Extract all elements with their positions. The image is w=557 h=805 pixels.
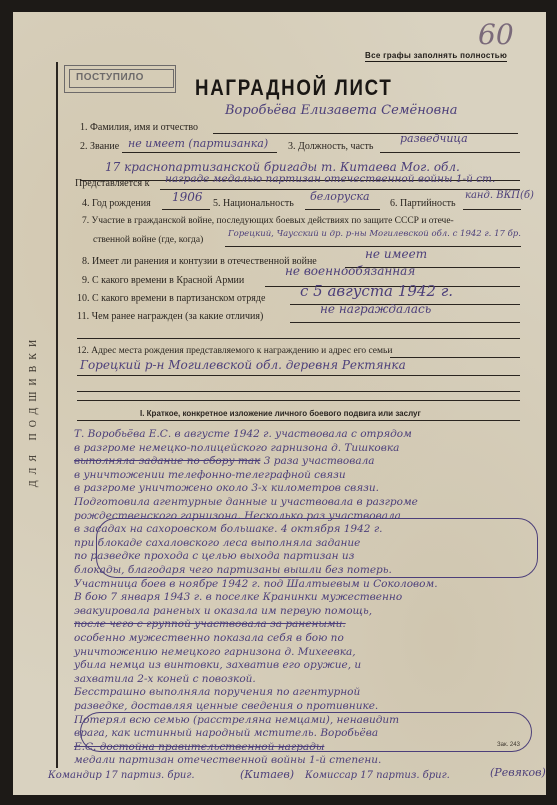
field-4-line bbox=[162, 209, 210, 210]
narrative-line: разведке, доставляя ценные сведения о пр… bbox=[74, 700, 378, 712]
field-3-value: разведчица bbox=[400, 132, 468, 145]
narrative-line: особенно мужественно показала себя в бою… bbox=[74, 632, 344, 644]
commissar-title: Комиссар 17 партиз. бриг. bbox=[305, 770, 450, 781]
represented-value: награде медалью партизан отечественной в… bbox=[165, 173, 495, 185]
narrative-line: Т. Воробьёва Е.С. в августе 1942 г. учас… bbox=[74, 428, 412, 440]
narrative-line: В бою 7 января 1943 г. в поселке Кранинк… bbox=[74, 591, 402, 603]
narrative-line: Подготовила агентурные данные и участвов… bbox=[74, 496, 418, 508]
section-heading: I. Краткое, конкретное изложение личного… bbox=[140, 409, 421, 418]
field-9-label: 9. С какого времени в Красной Армии bbox=[82, 275, 244, 286]
commissar-name: (Ревяков) bbox=[490, 766, 546, 779]
field-2-label: 2. Звание bbox=[80, 141, 119, 152]
narrative-line: Бесстрашно выполняла поручения по агенту… bbox=[74, 686, 360, 698]
field-1-value: Воробьёва Елизавета Семёновна bbox=[225, 103, 458, 118]
field-8-value: не имеет bbox=[365, 247, 427, 261]
ink-oval-highlight-2 bbox=[80, 712, 532, 752]
blank-line-2 bbox=[77, 400, 520, 401]
field-8-label: 8. Имеет ли ранения и контузии в отечест… bbox=[82, 256, 317, 267]
field-6-label: 6. Партийность bbox=[390, 198, 456, 209]
field-5-label: 5. Национальность bbox=[213, 198, 294, 209]
narrative-line: в разгроме уничтожено около 3-х километр… bbox=[74, 482, 379, 494]
field-12-label: 12. Адрес места рождения представляемого… bbox=[77, 346, 392, 356]
field-5-value: белоруска bbox=[310, 190, 370, 203]
field-11-label: 11. Чем ранее награжден (за какие отличи… bbox=[77, 311, 263, 322]
field-1-label: 1. Фамилия, имя и отчество bbox=[80, 122, 198, 133]
field-11-value: не награждалась bbox=[320, 302, 431, 316]
field-12-line-2 bbox=[77, 375, 520, 376]
field-12-value: Горецкий р-н Могилевской обл. деревня Ре… bbox=[80, 358, 406, 372]
field-7-value: Горецкий, Чаусский и др. р-ны Могилевско… bbox=[228, 229, 521, 239]
ink-oval-highlight bbox=[96, 518, 538, 578]
field-12-line bbox=[390, 357, 520, 358]
field-3-value-line-2: 17 краснопартизанской бригады т. Китаева… bbox=[105, 160, 460, 174]
represented-label: Представляется к bbox=[75, 178, 150, 189]
field-2-value: не имеет (партизанка) bbox=[128, 137, 268, 150]
field-1-line bbox=[213, 133, 518, 134]
binding-margin-label: ДЛЯ ПОДШИВКИ bbox=[24, 310, 44, 510]
field-10-value: с 5 августа 1942 г. bbox=[300, 282, 453, 300]
field-4-value: 1906 bbox=[172, 190, 203, 204]
field-7-label-cont: ственной войне (где, когда) bbox=[93, 235, 203, 245]
field-7-label: 7. Участие в гражданской войне, последую… bbox=[82, 216, 454, 226]
section-rule bbox=[77, 420, 520, 421]
narrative-line: в уничтожении телефонно-телеграфной связ… bbox=[74, 469, 346, 481]
narrative-line: после чего с группой участвовала за ране… bbox=[74, 618, 346, 630]
field-3-line bbox=[380, 152, 520, 153]
commander-name: (Китаев) bbox=[240, 768, 294, 781]
narrative-line: уничтожению немецкого гарнизона д. Михее… bbox=[74, 646, 356, 658]
narrative-line: убила немца из винтовки, захватив его ор… bbox=[74, 659, 361, 671]
received-stamp: ПОСТУПИЛО bbox=[64, 65, 176, 93]
blank-line-1 bbox=[77, 391, 520, 392]
field-10-label: 10. С какого времени в партизанском отря… bbox=[77, 293, 265, 304]
narrative-line: Участница боев в ноябре 1942 г. под Шалт… bbox=[74, 578, 438, 590]
archive-mark: Зак. 243 bbox=[497, 742, 520, 748]
field-5-line bbox=[305, 209, 380, 210]
fill-instruction: Все графы заполнять полностью bbox=[365, 51, 507, 62]
stamp-text: ПОСТУПИЛО bbox=[69, 69, 174, 88]
field-6-value: канд. ВКП(б) bbox=[465, 190, 534, 201]
binding-label-text: ДЛЯ ПОДШИВКИ bbox=[29, 333, 40, 486]
commander-title: Командир 17 партиз. бриг. bbox=[48, 770, 195, 781]
narrative-line: в разгроме немецко-полицейского гарнизон… bbox=[74, 442, 399, 454]
page-number: 60 bbox=[478, 18, 514, 51]
field-11-line bbox=[290, 322, 520, 323]
field-11-line-2 bbox=[77, 338, 520, 339]
field-9-value: не военнообязанная bbox=[285, 264, 415, 278]
field-3-label: 3. Должность, часть bbox=[288, 141, 373, 152]
narrative-line: медали партизан отечественной войны 1-й … bbox=[74, 754, 381, 766]
field-6-line bbox=[463, 209, 521, 210]
narrative-line: выполняла задание по сбору так 3 раза уч… bbox=[74, 455, 375, 467]
narrative-line: захватила 2-х коней с повозкой. bbox=[74, 673, 256, 685]
narrative-line: эвакуировала раненых и оказала им первую… bbox=[74, 605, 372, 617]
field-2-line bbox=[122, 152, 277, 153]
document-title: НАГРАДНОЙ ЛИСТ bbox=[195, 75, 392, 101]
field-4-label: 4. Год рождения bbox=[82, 198, 151, 209]
binding-margin-line bbox=[56, 62, 58, 768]
